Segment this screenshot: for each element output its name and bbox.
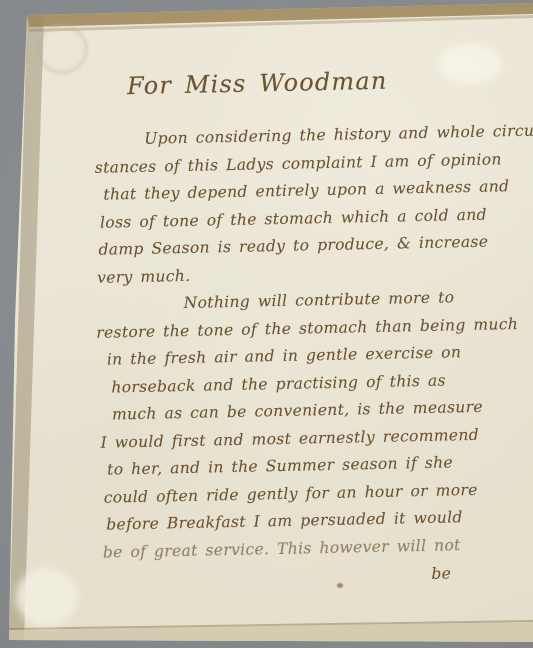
photo-background: For Miss Woodman Upon considering the hi…: [0, 0, 533, 648]
letter-body: Upon considering the history and whole c…: [92, 118, 532, 595]
handwriting-layer: For Miss Woodman Upon considering the hi…: [0, 0, 533, 648]
letter-heading: For Miss Woodman: [127, 67, 388, 100]
catchword: be: [431, 559, 532, 589]
